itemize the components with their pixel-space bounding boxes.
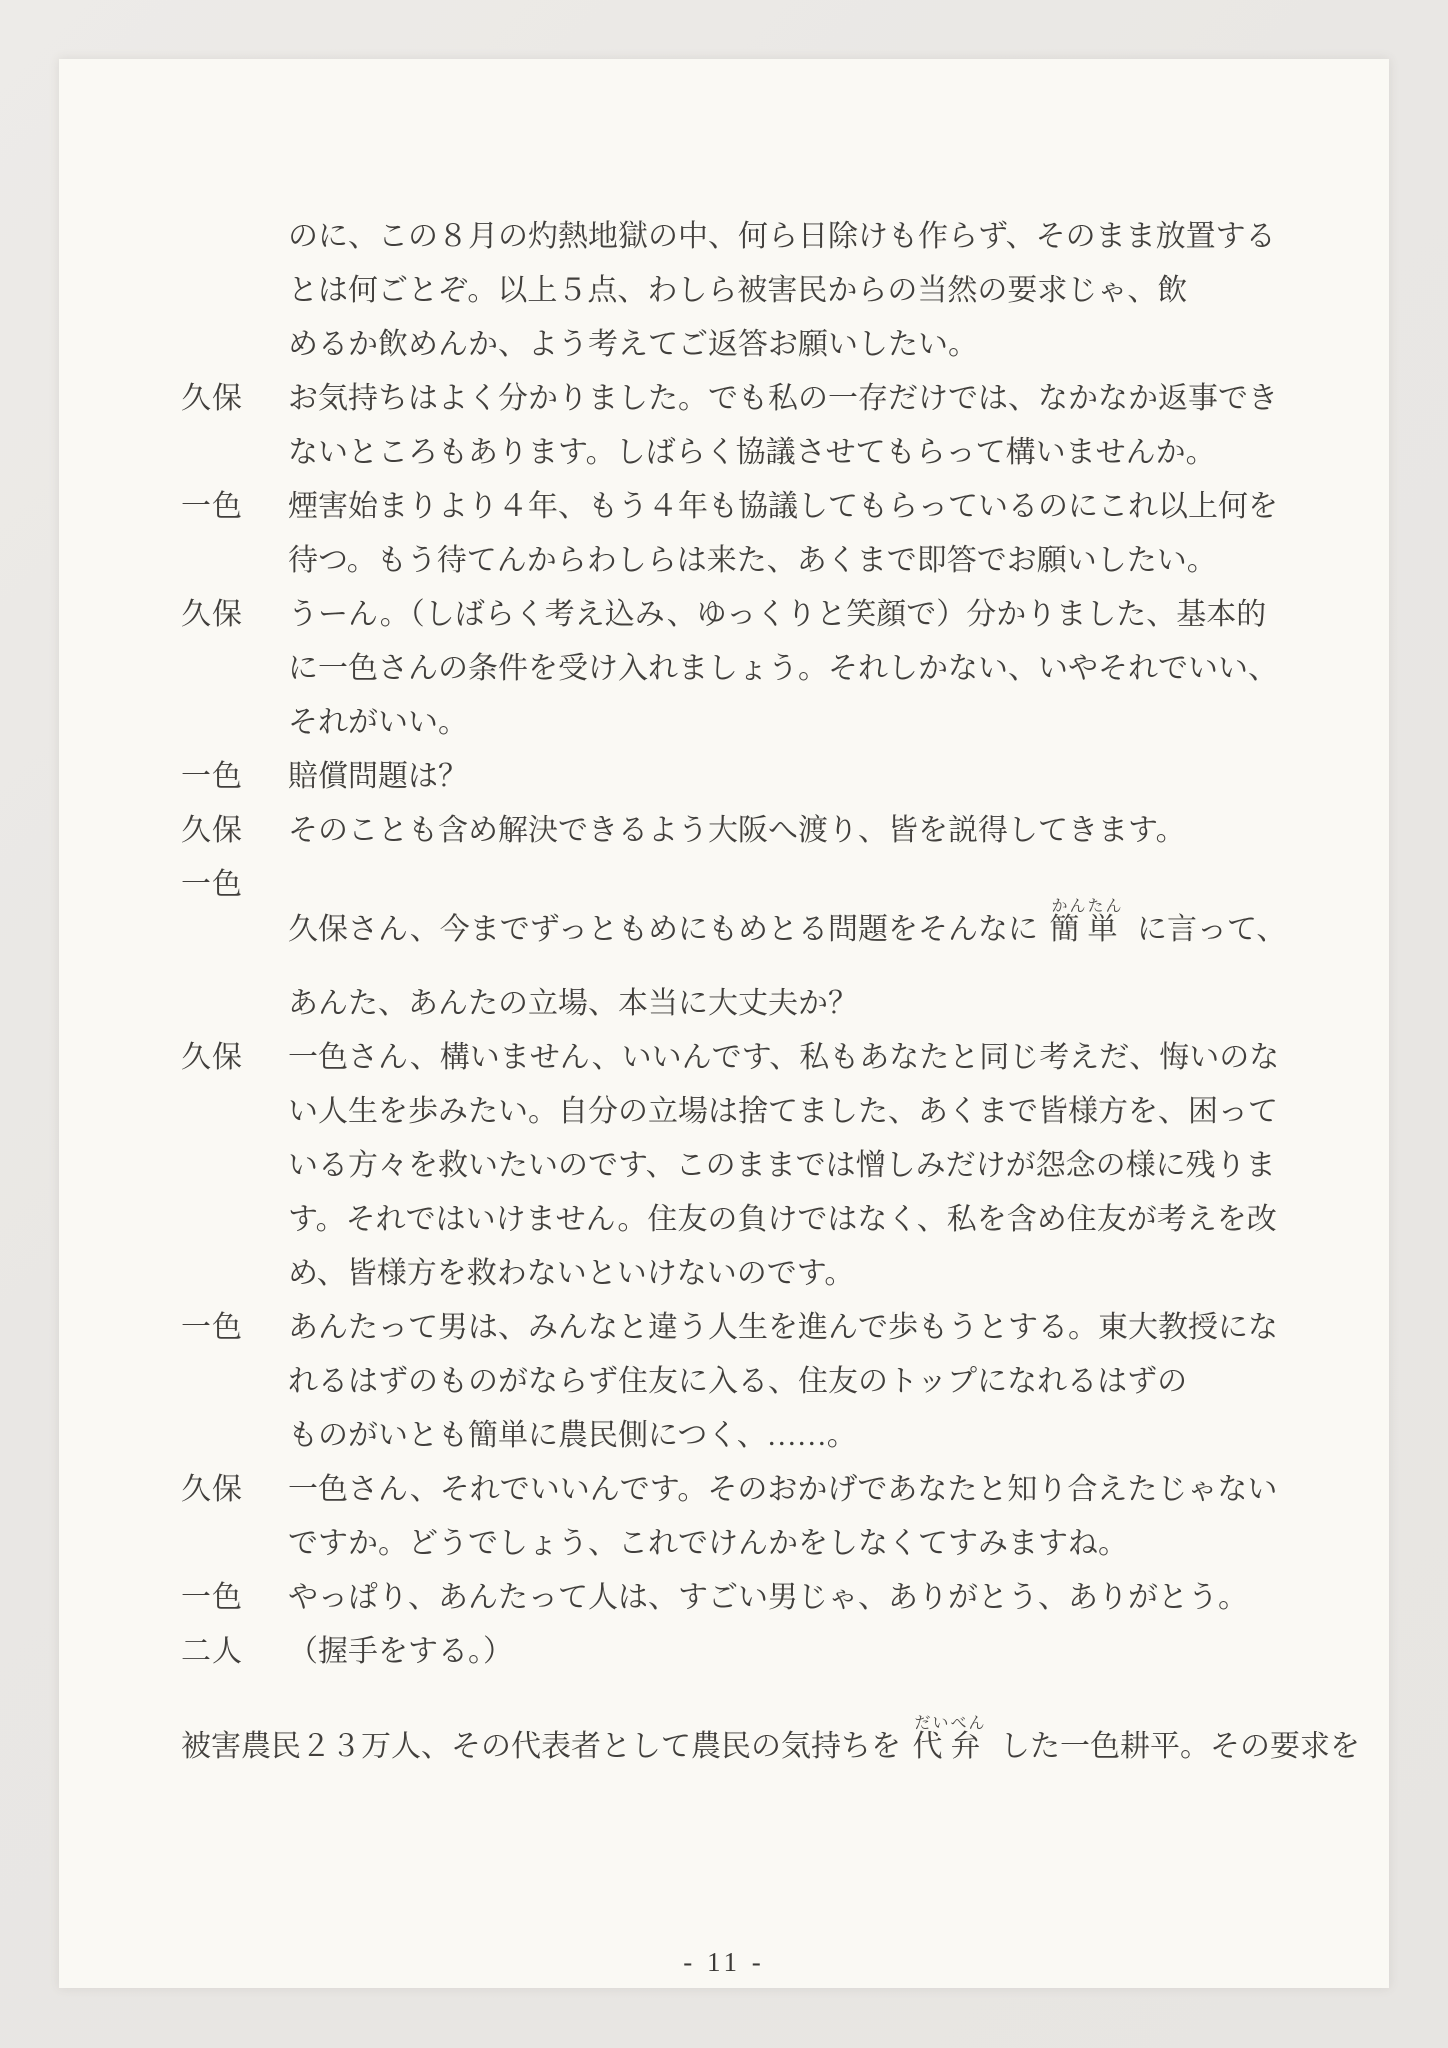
scan-background: のに、この８月の灼熱地獄の中、何ら日除けも作らず、そのまま放置するとは何ごとぞ。… bbox=[0, 0, 1448, 2048]
dialogue-line: いる方々を救いたいのです、このままでは憎しみだけが怨念の様に残りま bbox=[288, 1139, 1277, 1193]
line-text-before: 久保さん、今までずっともめにもめとる問題をそんなに bbox=[288, 913, 1046, 946]
dialogue-line: うーん。（しばらく考え込み、ゆっくりと笑顔で）分かりました、基本的 bbox=[288, 588, 1277, 642]
dialogue-line: それがいい。 bbox=[288, 696, 1277, 750]
speaker-label: 久保 bbox=[181, 1031, 288, 1301]
dialogue-line: あんた、あんたの立場、本当に大丈夫か？ bbox=[288, 977, 1277, 1031]
furigana-ruby: 代弁だいべん bbox=[909, 1730, 993, 1763]
dialogue-lines: のに、この８月の灼熱地獄の中、何ら日除けも作らず、そのまま放置するとは何ごとぞ。… bbox=[288, 210, 1277, 372]
dialogue-line: やっぱり、あんたって人は、すごい男じゃ、ありがとう、ありがとう。 bbox=[288, 1571, 1277, 1625]
dialogue-line: お気持ちはよく分かりました。でも私の一存だけでは、なかなか返事でき bbox=[288, 372, 1277, 426]
ruby-base-text: 代弁 bbox=[913, 1730, 989, 1763]
speaker-label: 久保 bbox=[181, 1463, 288, 1571]
dialogue-line: 煙害始まりより４年、もう４年も協議してもらっているのにこれ以上何を bbox=[288, 480, 1277, 534]
dialogue-line: （握手をする。） bbox=[288, 1625, 1277, 1679]
speaker-label: 久保 bbox=[181, 804, 288, 858]
narration-text-after: した一色耕平。その要求を bbox=[993, 1730, 1361, 1763]
dialogue-line: 久保さん、今までずっともめにもめとる問題をそんなに 簡単かんたん に言って、 bbox=[288, 898, 1277, 957]
dialogue-list: のに、この８月の灼熱地獄の中、何ら日除けも作らず、そのまま放置するとは何ごとぞ。… bbox=[181, 210, 1277, 1679]
dialogue-line: 一色さん、それでいいんです。そのおかげであなたと知り合えたじゃない bbox=[288, 1463, 1277, 1517]
dialogue-line: す。それではいけません。住友の負けではなく、私を含め住友が考えを改 bbox=[288, 1193, 1277, 1247]
dialogue-line: のに、この８月の灼熱地獄の中、何ら日除けも作らず、そのまま放置する bbox=[288, 210, 1277, 264]
line-text-after: に言って、 bbox=[1130, 913, 1287, 946]
speaker-label: 一色 bbox=[181, 858, 288, 1031]
furigana-ruby: 簡単かんたん bbox=[1046, 913, 1130, 946]
dialogue-line: とは何ごとぞ。以上５点、わしら被害民からの当然の要求じゃ、飲 bbox=[288, 264, 1277, 318]
script-content: のに、この８月の灼熱地獄の中、何ら日除けも作らず、そのまま放置するとは何ごとぞ。… bbox=[181, 210, 1277, 1774]
dialogue-line: 待つ。もう待てんからわしらは来た、あくまで即答でお願いしたい。 bbox=[288, 534, 1277, 588]
document-page: のに、この８月の灼熱地獄の中、何ら日除けも作らず、そのまま放置するとは何ごとぞ。… bbox=[59, 59, 1389, 1988]
dialogue-lines: あんたって男は、みんなと違う人生を進んで歩もうとする。東大教授になれるはずのもの… bbox=[288, 1301, 1277, 1463]
dialogue-line: れるはずのものがならず住友に入る、住友のトップになれるはずの bbox=[288, 1355, 1277, 1409]
dialogue-lines: うーん。（しばらく考え込み、ゆっくりと笑顔で）分かりました、基本的に一色さんの条… bbox=[288, 588, 1277, 750]
speaker-label: 二人 bbox=[181, 1625, 288, 1679]
speaker-label: 一色 bbox=[181, 1301, 288, 1463]
dialogue-entry: 一色久保さん、今までずっともめにもめとる問題をそんなに 簡単かんたん に言って、… bbox=[181, 858, 1277, 1031]
dialogue-lines: 久保さん、今までずっともめにもめとる問題をそんなに 簡単かんたん に言って、あん… bbox=[288, 858, 1277, 1031]
dialogue-lines: やっぱり、あんたって人は、すごい男じゃ、ありがとう、ありがとう。 bbox=[288, 1571, 1277, 1625]
dialogue-lines: そのことも含め解決できるよう大阪へ渡り、皆を説得してきます。 bbox=[288, 804, 1277, 858]
dialogue-entry: 久保うーん。（しばらく考え込み、ゆっくりと笑顔で）分かりました、基本的に一色さん… bbox=[181, 588, 1277, 750]
dialogue-line: そのことも含め解決できるよう大阪へ渡り、皆を説得してきます。 bbox=[288, 804, 1277, 858]
dialogue-line: あんたって男は、みんなと違う人生を進んで歩もうとする。東大教授にな bbox=[288, 1301, 1277, 1355]
dialogue-entry: 一色賠償問題は？ bbox=[181, 750, 1277, 804]
narration-text-before: 被害農民２３万人、その代表者として農民の気持ちを bbox=[181, 1730, 909, 1763]
dialogue-entry: 久保そのことも含め解決できるよう大阪へ渡り、皆を説得してきます。 bbox=[181, 804, 1277, 858]
dialogue-lines: お気持ちはよく分かりました。でも私の一存だけでは、なかなか返事できないところもあ… bbox=[288, 372, 1277, 480]
furigana-text: かんたん bbox=[1046, 898, 1130, 915]
dialogue-line: い人生を歩みたい。自分の立場は捨てました、あくまで皆様方を、困って bbox=[288, 1085, 1277, 1139]
dialogue-entry: 久保一色さん、構いません、いいんです、私もあなたと同じ考えだ、悔いのない人生を歩… bbox=[181, 1031, 1277, 1301]
speaker-label: 一色 bbox=[181, 750, 288, 804]
speaker-label: 一色 bbox=[181, 1571, 288, 1625]
dialogue-line: ないところもあります。しばらく協議させてもらって構いませんか。 bbox=[288, 426, 1277, 480]
speaker-label: 久保 bbox=[181, 372, 288, 480]
narration-paragraph: 被害農民２３万人、その代表者として農民の気持ちを 代弁だいべん した一色耕平。そ… bbox=[181, 1715, 1277, 1774]
dialogue-entry: 一色煙害始まりより４年、もう４年も協議してもらっているのにこれ以上何を待つ。もう… bbox=[181, 480, 1277, 588]
dialogue-entry: 久保一色さん、それでいいんです。そのおかげであなたと知り合えたじゃないですか。ど… bbox=[181, 1463, 1277, 1571]
dialogue-entry: のに、この８月の灼熱地獄の中、何ら日除けも作らず、そのまま放置するとは何ごとぞ。… bbox=[181, 210, 1277, 372]
dialogue-line: に一色さんの条件を受け入れましょう。それしかない、いやそれでいい、 bbox=[288, 642, 1277, 696]
dialogue-line: 一色さん、構いません、いいんです、私もあなたと同じ考えだ、悔いのな bbox=[288, 1031, 1277, 1085]
page-number: - 11 - bbox=[59, 1947, 1389, 1978]
ruby-base-text: 簡単 bbox=[1050, 913, 1126, 946]
dialogue-entry: 一色やっぱり、あんたって人は、すごい男じゃ、ありがとう、ありがとう。 bbox=[181, 1571, 1277, 1625]
dialogue-line: めるか飲めんか、よう考えてご返答お願いしたい。 bbox=[288, 318, 1277, 372]
dialogue-line: ものがいとも簡単に農民側につく、……。 bbox=[288, 1409, 1277, 1463]
furigana-text: だいべん bbox=[909, 1715, 993, 1732]
speaker-label: 一色 bbox=[181, 480, 288, 588]
speaker-label: 久保 bbox=[181, 588, 288, 750]
dialogue-lines: （握手をする。） bbox=[288, 1625, 1277, 1679]
dialogue-entry: 二人（握手をする。） bbox=[181, 1625, 1277, 1679]
dialogue-line: 賠償問題は？ bbox=[288, 750, 1277, 804]
dialogue-line: め、皆様方を救わないといけないのです。 bbox=[288, 1247, 1277, 1301]
speaker-label bbox=[181, 210, 288, 372]
dialogue-lines: 一色さん、それでいいんです。そのおかげであなたと知り合えたじゃないですか。どうで… bbox=[288, 1463, 1277, 1571]
dialogue-lines: 一色さん、構いません、いいんです、私もあなたと同じ考えだ、悔いのない人生を歩みた… bbox=[288, 1031, 1277, 1301]
dialogue-entry: 久保お気持ちはよく分かりました。でも私の一存だけでは、なかなか返事できないところ… bbox=[181, 372, 1277, 480]
dialogue-lines: 煙害始まりより４年、もう４年も協議してもらっているのにこれ以上何を待つ。もう待て… bbox=[288, 480, 1277, 588]
dialogue-entry: 一色あんたって男は、みんなと違う人生を進んで歩もうとする。東大教授になれるはずの… bbox=[181, 1301, 1277, 1463]
dialogue-line: ですか。どうでしょう、これでけんかをしなくてすみますね。 bbox=[288, 1517, 1277, 1571]
dialogue-lines: 賠償問題は？ bbox=[288, 750, 1277, 804]
